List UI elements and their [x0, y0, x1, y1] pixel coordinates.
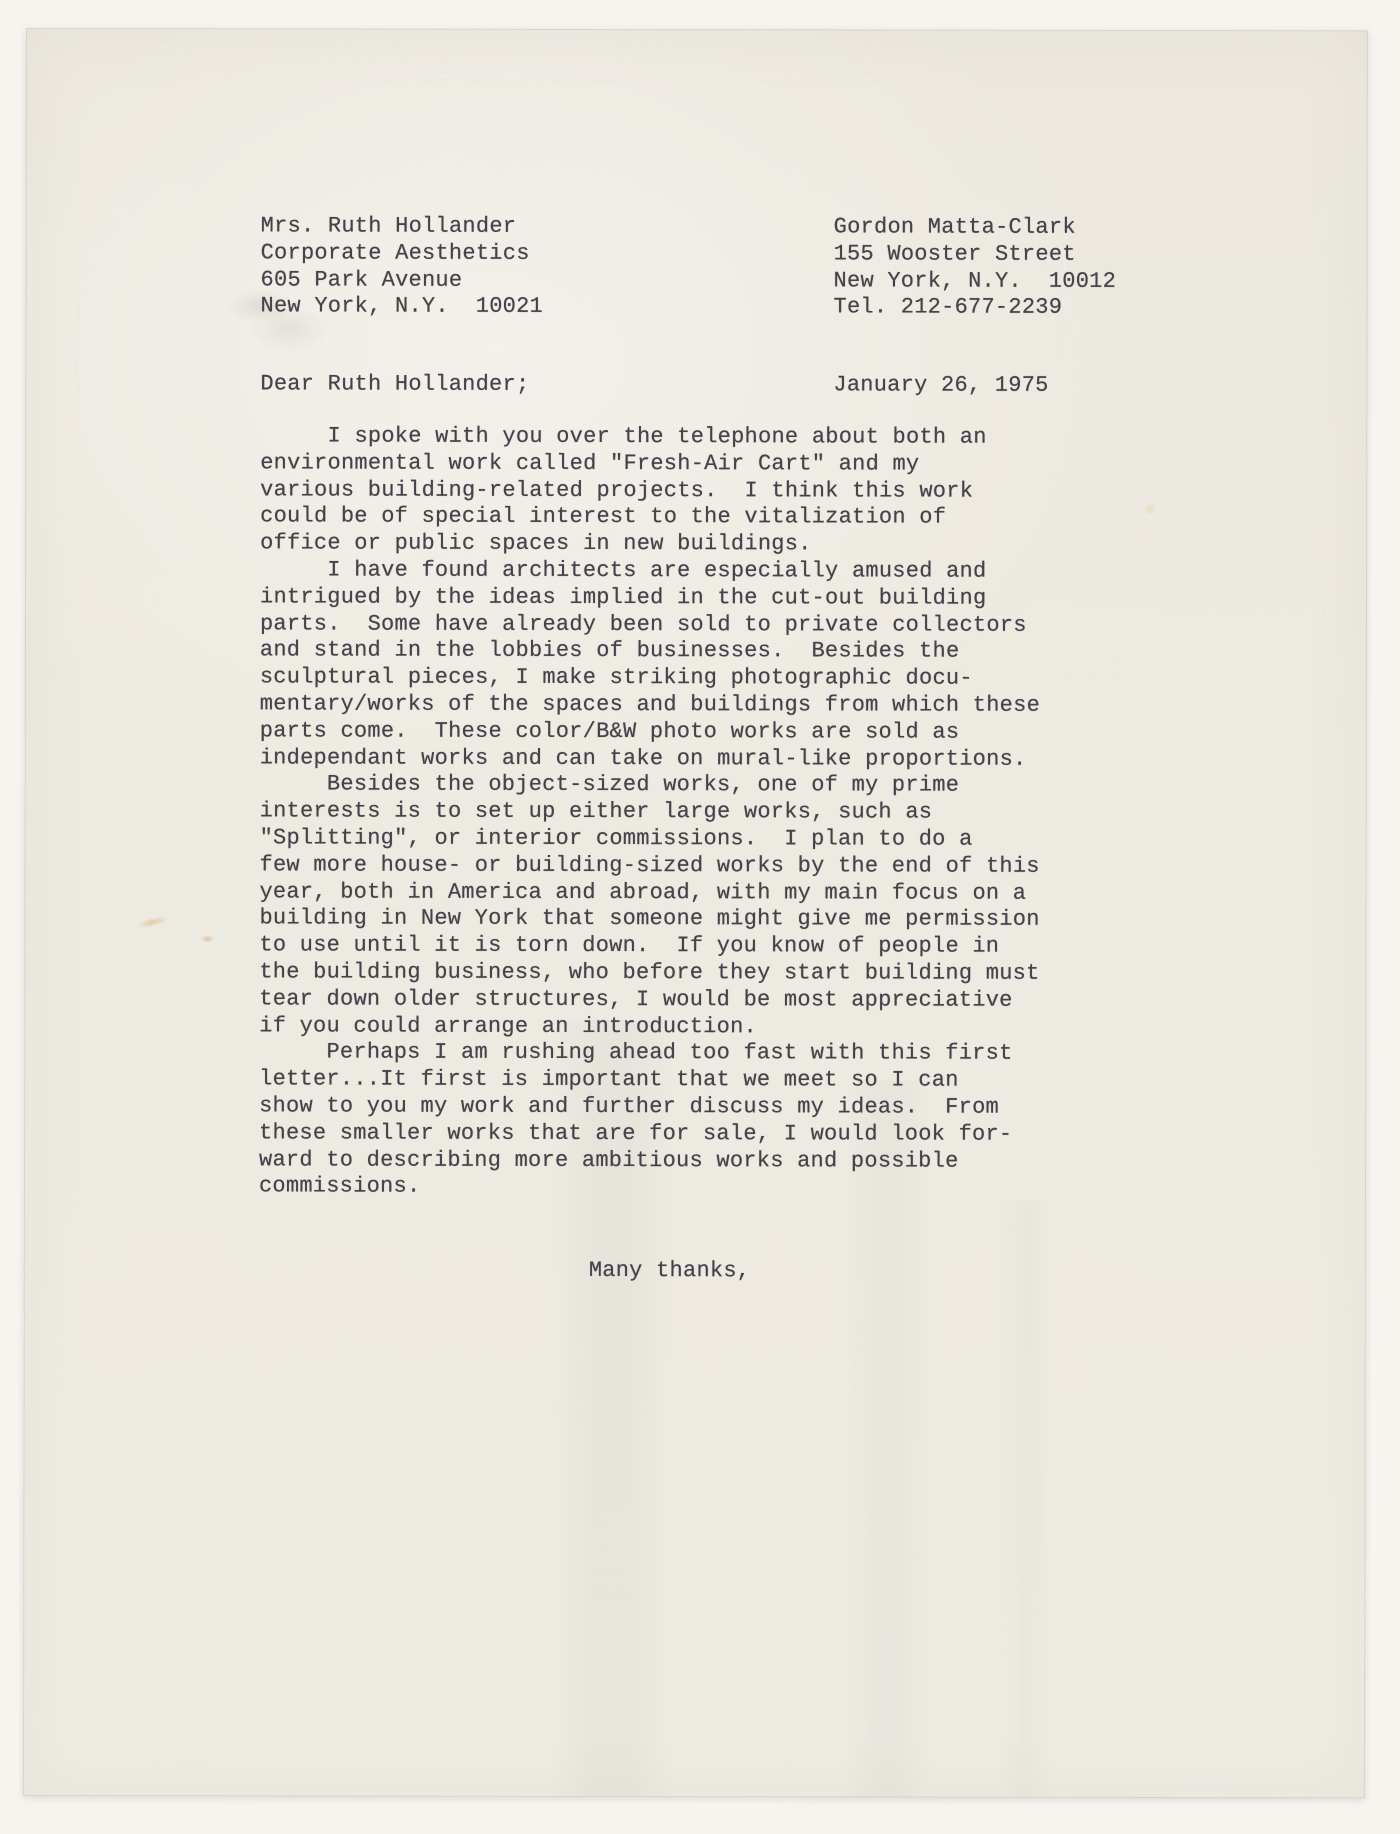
salutation-line: Dear Ruth Hollander;: [260, 371, 529, 398]
yellow-stain: [1144, 503, 1156, 515]
letter-body: I spoke with you over the telephone abou…: [259, 423, 1041, 1201]
orange-stain: [201, 935, 213, 942]
scan-background: Mrs. Ruth Hollander Corporate Aesthetics…: [0, 0, 1400, 1834]
date-line: January 26, 1975: [833, 372, 1048, 399]
orange-stain: [137, 915, 168, 930]
closing-line: Many thanks,: [589, 1258, 750, 1285]
sender-address-block: Gordon Matta-Clark 155 Wooster Street Ne…: [833, 214, 1116, 322]
recipient-address-block: Mrs. Ruth Hollander Corporate Aesthetics…: [260, 213, 543, 321]
letter-paper: Mrs. Ruth Hollander Corporate Aesthetics…: [23, 28, 1368, 1798]
scan-streak-band: [996, 1201, 1055, 1797]
